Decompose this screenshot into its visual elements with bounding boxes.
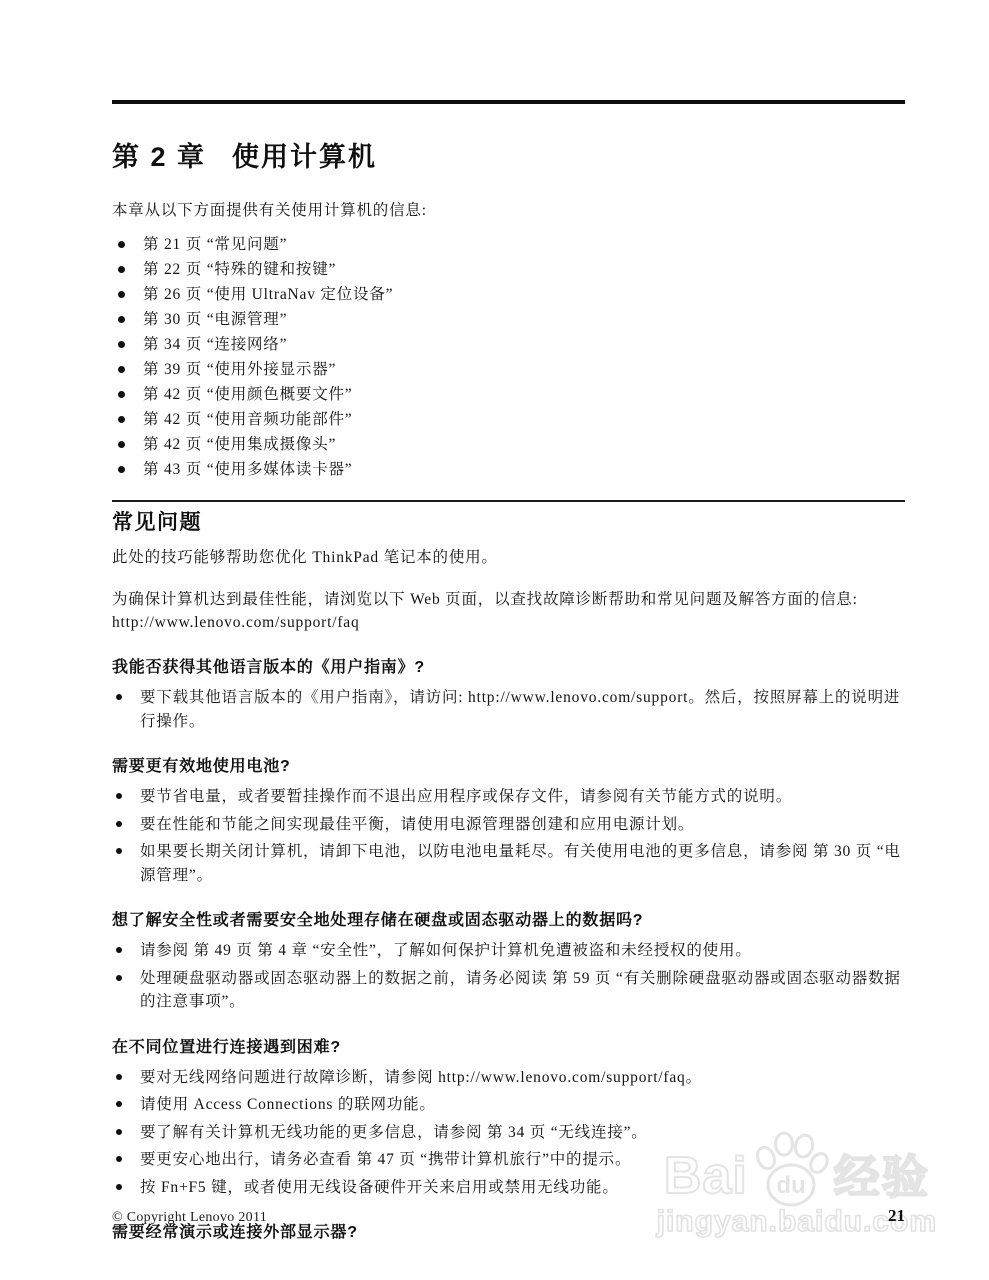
bullet-icon bbox=[116, 848, 122, 854]
bullet-icon bbox=[118, 466, 125, 473]
bullet-icon bbox=[116, 793, 122, 799]
qa-bullet: 要节省电量，或者要暂挂操作而不退出应用程序或保存文件，请参阅有关节能方式的说明。 bbox=[112, 785, 905, 809]
qa-bullet: 请使用 Access Connections 的联网功能。 bbox=[112, 1093, 905, 1117]
toc-item-label: 第 42 页 “使用颜色概要文件” bbox=[143, 386, 353, 403]
bullet-icon bbox=[116, 821, 122, 827]
qa-bullet: 请参阅 第 49 页 第 4 章 “安全性”，了解如何保护计算机免遭被盗和未经授… bbox=[112, 939, 905, 963]
faq-paragraph-2: 为确保计算机达到最佳性能，请浏览以下 Web 页面，以查找故障诊断帮助和常见问题… bbox=[112, 588, 905, 634]
bullet-icon bbox=[118, 291, 125, 298]
faq-section-heading: 常见问题 bbox=[112, 510, 905, 535]
toc-item-label: 第 42 页 “使用集成摄像头” bbox=[143, 436, 336, 453]
chapter-top-rule bbox=[112, 100, 905, 104]
toc-item: 第 42 页 “使用音频功能部件” bbox=[112, 407, 905, 432]
bullet-icon bbox=[118, 266, 125, 273]
document-page: Bai du 经验 jingyan.baidu.com 第 2 章使用计算机 本… bbox=[0, 0, 989, 1280]
bullet-icon bbox=[116, 947, 122, 953]
toc-item: 第 22 页 “特殊的键和按键” bbox=[112, 257, 905, 282]
toc-item-label: 第 30 页 “电源管理” bbox=[143, 311, 287, 328]
bullet-icon bbox=[116, 1101, 122, 1107]
qa-bullet: 要更安心地出行，请务必查看 第 47 页 “携带计算机旅行”中的提示。 bbox=[112, 1148, 905, 1172]
qa-bullet-text: 要了解有关计算机无线功能的更多信息，请参阅 第 34 页 “无线连接”。 bbox=[140, 1124, 648, 1141]
bullet-icon bbox=[116, 975, 122, 981]
qa-bullet-text: 要在性能和节能之间实现最佳平衡，请使用电源管理器创建和应用电源计划。 bbox=[140, 816, 694, 833]
qa-bullet-text: 要节省电量，或者要暂挂操作而不退出应用程序或保存文件，请参阅有关节能方式的说明。 bbox=[140, 788, 792, 805]
qa-question-security: 想了解安全性或者需要安全地处理存储在硬盘或固态驱动器上的数据吗? bbox=[112, 911, 905, 931]
support-faq-url: http://www.lenovo.com/support/faq bbox=[112, 611, 905, 634]
qa-bullet-text: 要更安心地出行，请务必查看 第 47 页 “携带计算机旅行”中的提示。 bbox=[140, 1151, 631, 1168]
toc-item: 第 26 页 “使用 UltraNav 定位设备” bbox=[112, 282, 905, 307]
qa-bullet: 要了解有关计算机无线功能的更多信息，请参阅 第 34 页 “无线连接”。 bbox=[112, 1121, 905, 1145]
toc-item-label: 第 43 页 “使用多媒体读卡器” bbox=[143, 461, 353, 478]
qa-bullet-text: 要对无线网络问题进行故障诊断，请参阅 http://www.lenovo.com… bbox=[140, 1069, 702, 1086]
qa-list-security: 请参阅 第 49 页 第 4 章 “安全性”，了解如何保护计算机免遭被盗和未经授… bbox=[112, 939, 905, 1014]
qa-bullet-text: 按 Fn+F5 键，或者使用无线设备硬件开关来启用或禁用无线功能。 bbox=[140, 1179, 619, 1196]
bullet-icon bbox=[118, 391, 125, 398]
bullet-icon bbox=[118, 416, 125, 423]
bullet-icon bbox=[116, 1156, 122, 1162]
page-number: 21 bbox=[888, 1206, 905, 1226]
section-rule bbox=[112, 500, 905, 502]
qa-question-battery: 需要更有效地使用电池? bbox=[112, 757, 905, 777]
qa-bullet: 如果要长期关闭计算机，请卸下电池，以防电池电量耗尽。有关使用电池的更多信息，请参… bbox=[112, 840, 905, 887]
qa-bullet: 要在性能和节能之间实现最佳平衡，请使用电源管理器创建和应用电源计划。 bbox=[112, 813, 905, 837]
toc-item-label: 第 21 页 “常见问题” bbox=[143, 236, 287, 253]
chapter-intro: 本章从以下方面提供有关使用计算机的信息: bbox=[112, 200, 905, 222]
qa-bullet: 要对无线网络问题进行故障诊断，请参阅 http://www.lenovo.com… bbox=[112, 1066, 905, 1090]
page-content: 第 2 章使用计算机 本章从以下方面提供有关使用计算机的信息: 第 21 页 “… bbox=[112, 0, 905, 1243]
qa-bullet-text: 要下载其他语言版本的《用户指南》，请访问: http://www.lenovo.… bbox=[140, 689, 900, 730]
qa-bullet: 要下载其他语言版本的《用户指南》，请访问: http://www.lenovo.… bbox=[112, 686, 905, 733]
qa-list-user-guide: 要下载其他语言版本的《用户指南》，请访问: http://www.lenovo.… bbox=[112, 686, 905, 733]
bullet-icon bbox=[118, 241, 125, 248]
toc-item-label: 第 42 页 “使用音频功能部件” bbox=[143, 411, 353, 428]
bullet-icon bbox=[118, 366, 125, 373]
qa-bullet-text: 请使用 Access Connections 的联网功能。 bbox=[140, 1096, 436, 1113]
bullet-icon bbox=[116, 1129, 122, 1135]
toc-item: 第 42 页 “使用颜色概要文件” bbox=[112, 382, 905, 407]
chapter-toc-list: 第 21 页 “常见问题” 第 22 页 “特殊的键和按键” 第 26 页 “使… bbox=[112, 232, 905, 482]
qa-list-battery: 要节省电量，或者要暂挂操作而不退出应用程序或保存文件，请参阅有关节能方式的说明。… bbox=[112, 785, 905, 887]
chapter-label: 第 2 章 bbox=[112, 142, 206, 172]
faq-paragraph-2-text: 为确保计算机达到最佳性能，请浏览以下 Web 页面，以查找故障诊断帮助和常见问题… bbox=[112, 591, 858, 608]
qa-bullet-text: 如果要长期关闭计算机，请卸下电池，以防电池电量耗尽。有关使用电池的更多信息，请参… bbox=[140, 843, 901, 884]
qa-question-user-guide: 我能否获得其他语言版本的《用户指南》? bbox=[112, 658, 905, 678]
qa-list-connectivity: 要对无线网络问题进行故障诊断，请参阅 http://www.lenovo.com… bbox=[112, 1066, 905, 1200]
toc-item: 第 42 页 “使用集成摄像头” bbox=[112, 432, 905, 457]
qa-question-external-display: 需要经常演示或连接外部显示器? bbox=[112, 1223, 905, 1243]
qa-question-connectivity: 在不同位置进行连接遇到困难? bbox=[112, 1038, 905, 1058]
toc-item-label: 第 26 页 “使用 UltraNav 定位设备” bbox=[143, 286, 393, 303]
toc-item-label: 第 34 页 “连接网络” bbox=[143, 336, 287, 353]
bullet-icon bbox=[116, 694, 122, 700]
chapter-name: 使用计算机 bbox=[232, 142, 377, 172]
bullet-icon bbox=[116, 1074, 122, 1080]
toc-item-label: 第 39 页 “使用外接显示器” bbox=[143, 361, 336, 378]
qa-bullet: 处理硬盘驱动器或固态驱动器上的数据之前，请务必阅读 第 59 页 “有关删除硬盘… bbox=[112, 967, 905, 1014]
toc-item: 第 30 页 “电源管理” bbox=[112, 307, 905, 332]
bullet-icon bbox=[118, 316, 125, 323]
bullet-icon bbox=[116, 1184, 122, 1190]
toc-item: 第 39 页 “使用外接显示器” bbox=[112, 357, 905, 382]
toc-item: 第 21 页 “常见问题” bbox=[112, 232, 905, 257]
page-footer: © Copyright Lenovo 2011 21 bbox=[112, 1206, 905, 1226]
bullet-icon bbox=[118, 441, 125, 448]
toc-item: 第 43 页 “使用多媒体读卡器” bbox=[112, 457, 905, 482]
qa-bullet: 按 Fn+F5 键，或者使用无线设备硬件开关来启用或禁用无线功能。 bbox=[112, 1176, 905, 1200]
chapter-title: 第 2 章使用计算机 bbox=[112, 142, 905, 173]
copyright-notice: © Copyright Lenovo 2011 bbox=[112, 1210, 267, 1226]
bullet-icon bbox=[118, 341, 125, 348]
faq-paragraph-1: 此处的技巧能够帮助您优化 ThinkPad 笔记本的使用。 bbox=[112, 546, 905, 569]
qa-bullet-text: 处理硬盘驱动器或固态驱动器上的数据之前，请务必阅读 第 59 页 “有关删除硬盘… bbox=[140, 970, 901, 1011]
qa-bullet-text: 请参阅 第 49 页 第 4 章 “安全性”，了解如何保护计算机免遭被盗和未经授… bbox=[140, 942, 752, 959]
toc-item: 第 34 页 “连接网络” bbox=[112, 332, 905, 357]
toc-item-label: 第 22 页 “特殊的键和按键” bbox=[143, 261, 336, 278]
